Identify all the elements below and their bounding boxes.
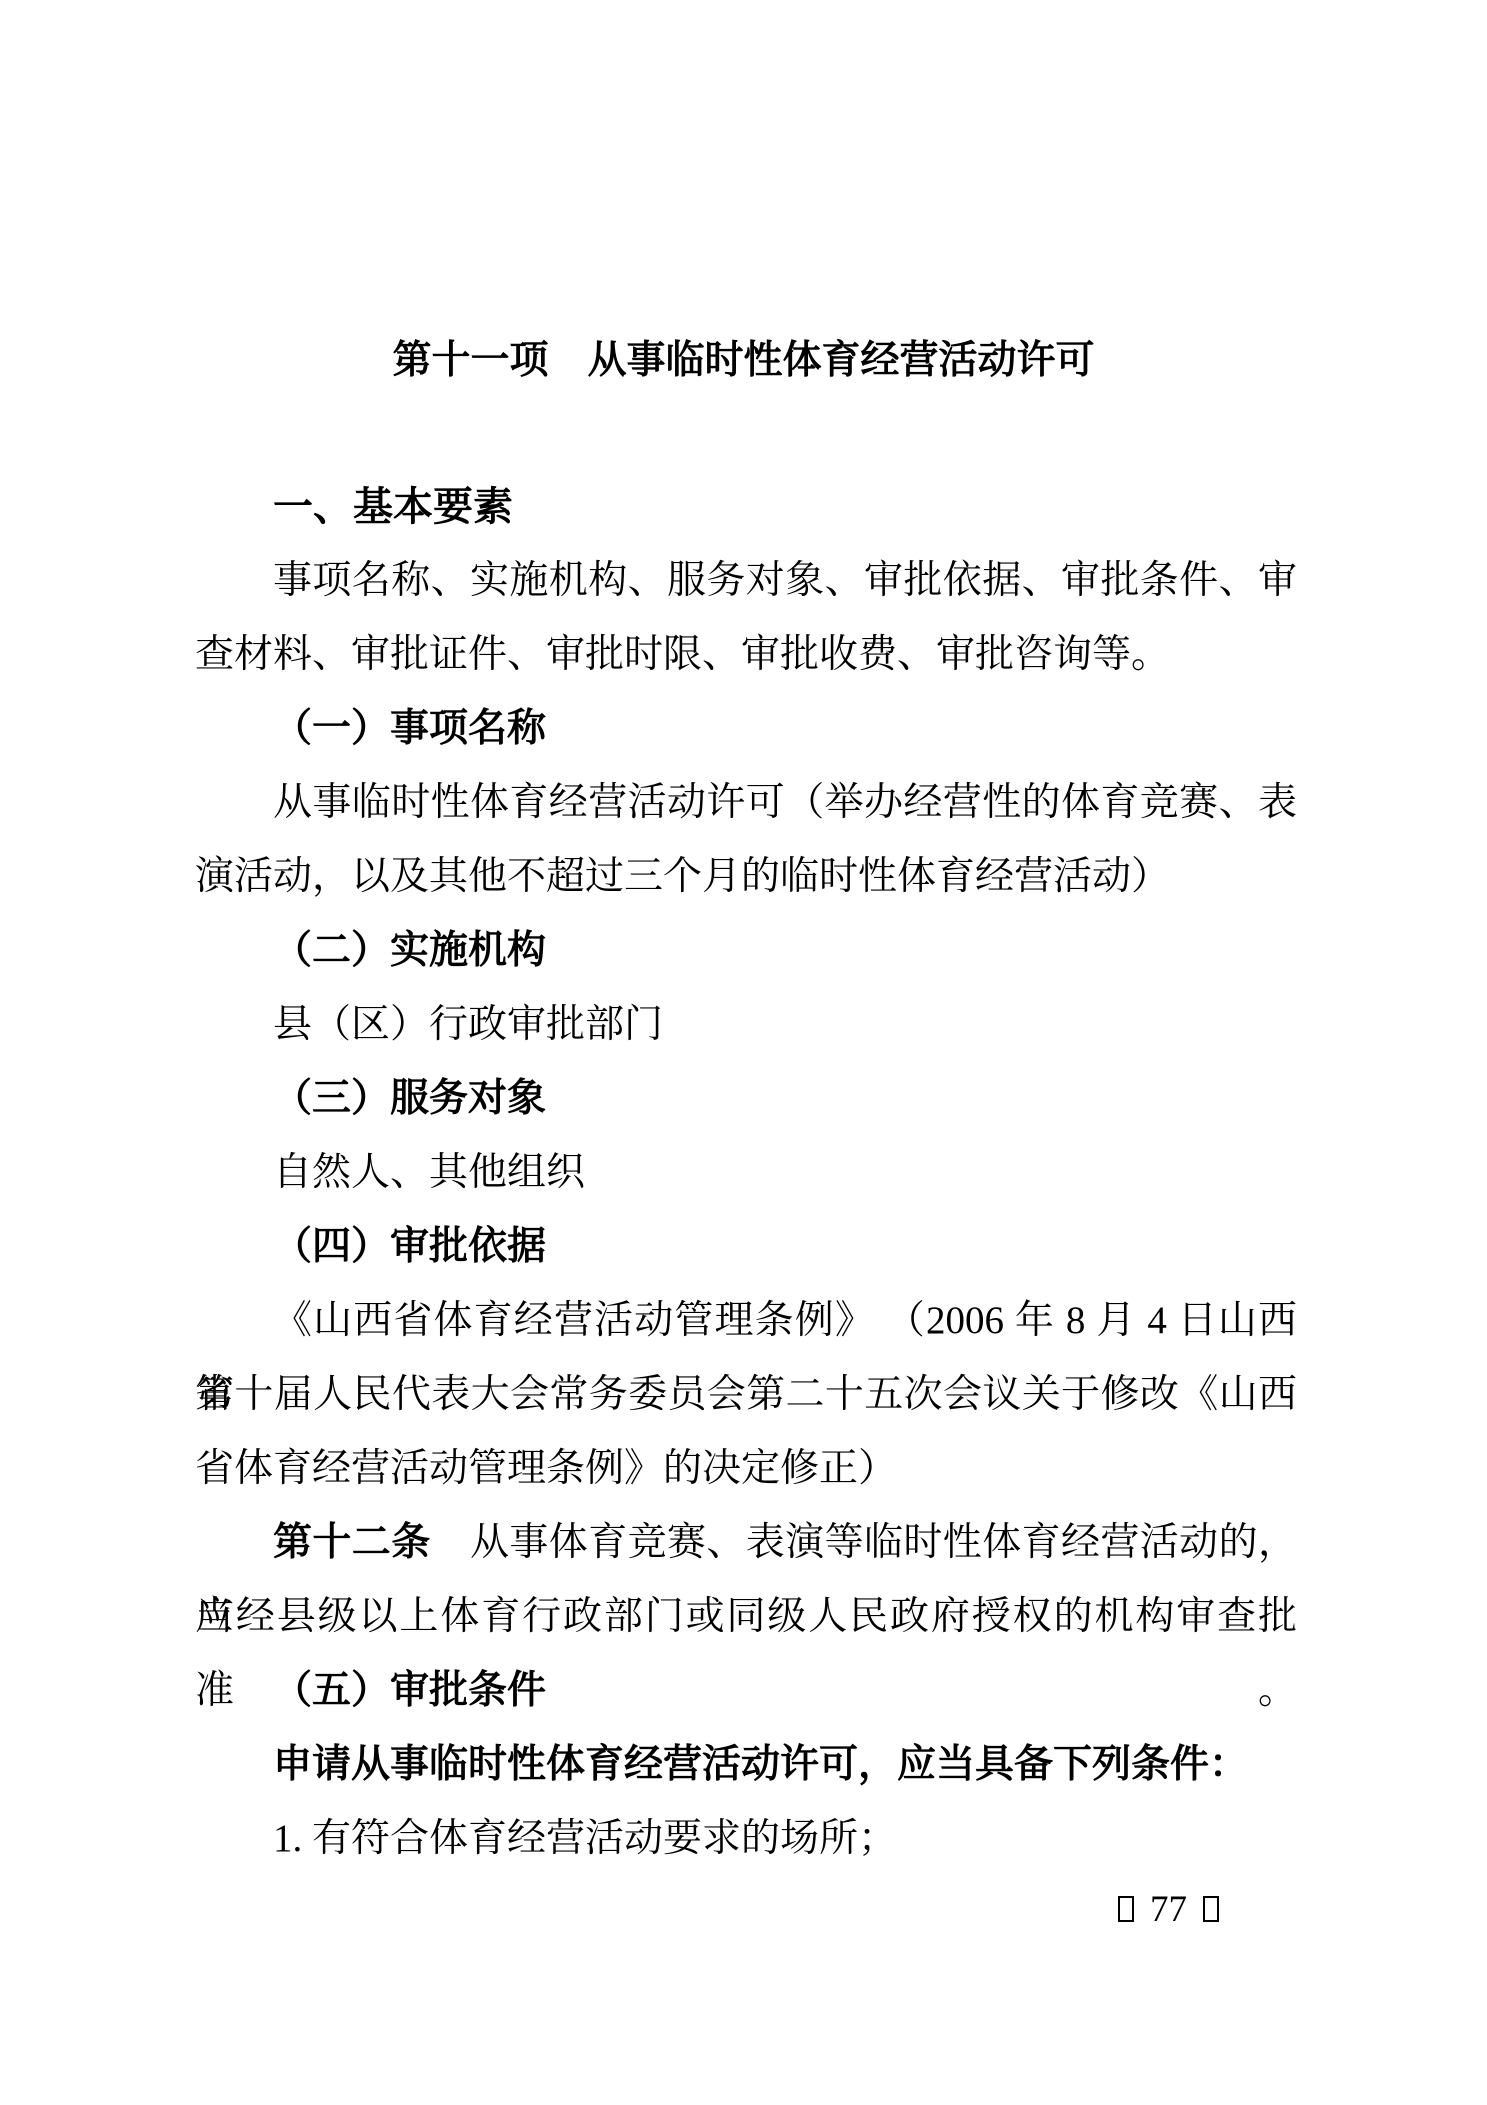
bold-statement: 申请从事临时性体育经营活动许可，应当具备下列条件： [195,1728,1297,1802]
body-line: 县（区）行政审批部门 [195,988,1297,1062]
page-title: 第十一项 从事临时性体育经营活动许可 [0,329,1487,385]
sub-heading: （三）服务对象 [195,1062,1297,1136]
page-number: 77 [1150,1891,1187,1928]
body-line: 第十届人民代表大会常务委员会第二十五次会议关于修改《山西 [195,1358,1297,1432]
article-number-lead: 第十二条 [273,1521,431,1564]
tofu-box-icon [1118,1896,1134,1922]
body-line: 从事临时性体育经营活动许可（举办经营性的体育竞赛、表 [195,766,1297,840]
body-line: 演活动，以及其他不超过三个月的临时性体育经营活动） [195,840,1297,914]
page-footer: 77 [1118,1892,1219,1926]
section-heading: 一、基本要素 [195,470,1297,544]
body-line: 事项名称、实施机构、服务对象、审批依据、审批条件、审 [195,544,1297,618]
body-line: 查材料、审批证件、审批时限、审批收费、审批咨询等。 [195,618,1297,692]
body-line: 省体育经营活动管理条例》的决定修正） [195,1432,1297,1506]
body-line: 第十二条 从事体育竞赛、表演等临时性体育经营活动的，应 [195,1506,1297,1580]
sub-heading: （一）事项名称 [195,692,1297,766]
body-line: 当经县级以上体育行政部门或同级人民政府授权的机构审查批准。 [195,1580,1297,1654]
sub-heading: （四）审批依据 [195,1210,1297,1284]
document-page: 第十一项 从事临时性体育经营活动许可 一、基本要素 事项名称、实施机构、服务对象… [0,0,1487,2105]
document-body: 一、基本要素 事项名称、实施机构、服务对象、审批依据、审批条件、审 查材料、审批… [195,470,1297,1876]
tofu-box-icon [1203,1896,1219,1922]
body-line: 自然人、其他组织 [195,1136,1297,1210]
body-line: 《山西省体育经营活动管理条例》 （2006 年 8 月 4 日山西省 [195,1284,1297,1358]
sub-heading: （二）实施机构 [195,914,1297,988]
numbered-item: 1. 有符合体育经营活动要求的场所； [195,1802,1297,1876]
